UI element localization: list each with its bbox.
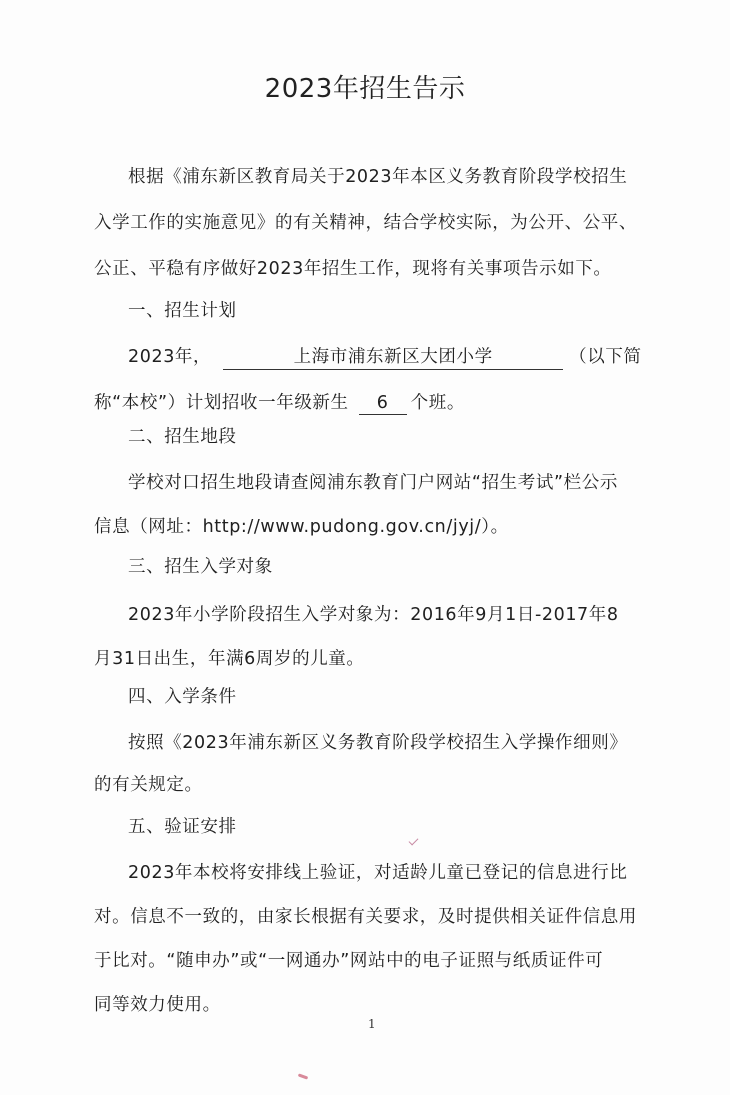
section2-line-1: 学校对口招生地段请查阅浦东教育门户网站“招生考试”栏公示 bbox=[128, 469, 618, 494]
section5-heading: 五、验证安排 bbox=[128, 813, 237, 838]
section2-heading: 二、招生地段 bbox=[128, 423, 237, 448]
section3-line-2: 月31日出生，年满6周岁的儿童。 bbox=[94, 645, 365, 670]
document-title: 2023年招生告示 bbox=[0, 68, 730, 105]
page-number: 1 bbox=[368, 1017, 376, 1031]
section5-line-4: 同等效力使用。 bbox=[94, 991, 221, 1016]
section3-heading: 三、招生入学对象 bbox=[128, 553, 273, 578]
section1-line-1: 2023年，上海市浦东新区大团小学（以下简 bbox=[128, 343, 642, 370]
section5-line-1: 2023年本校将安排线上验证，对适龄儿童已登记的信息进行比 bbox=[128, 859, 627, 884]
line2-prefix: 称“本校”）计划招收一年级新生 bbox=[94, 393, 349, 413]
school-name-field: 上海市浦东新区大团小学 bbox=[223, 343, 563, 370]
document-page: 2023年招生告示 根据《浦东新区教育局关于2023年本区义务教育阶段学校招生 … bbox=[0, 0, 730, 1095]
intro-line-1: 根据《浦东新区教育局关于2023年本区义务教育阶段学校招生 bbox=[128, 163, 627, 188]
section1-line-2: 称“本校”）计划招收一年级新生6个班。 bbox=[94, 389, 465, 415]
section5-line-3: 于比对。“随申办”或“一网通办”网站中的电子证照与纸质证件可 bbox=[94, 947, 603, 972]
intro-line-3: 公正、平稳有序做好2023年招生工作，现将有关事项告示如下。 bbox=[94, 255, 612, 280]
intro-line-2: 入学工作的实施意见》的有关精神，结合学校实际，为公开、公平、 bbox=[94, 209, 637, 234]
after-school-text: （以下简 bbox=[569, 347, 641, 367]
section1-heading: 一、招生计划 bbox=[128, 297, 237, 322]
line2-suffix: 个班。 bbox=[411, 393, 465, 413]
section3-line-1: 2023年小学阶段招生入学对象为：2016年9月1日-2017年8 bbox=[128, 601, 619, 626]
section4-line-2: 的有关规定。 bbox=[94, 771, 203, 796]
section4-heading: 四、入学条件 bbox=[128, 683, 237, 708]
ink-mark bbox=[298, 1073, 308, 1079]
year-prefix: 2023年， bbox=[128, 347, 211, 367]
section2-line-2: 信息（网址：http://www.pudong.gov.cn/jyj/）。 bbox=[94, 513, 509, 538]
section4-line-1: 按照《2023年浦东新区义务教育阶段学校招生入学操作细则》 bbox=[128, 729, 627, 754]
pen-check-mark bbox=[409, 836, 419, 846]
class-count-field: 6 bbox=[359, 393, 407, 415]
section5-line-2: 对。信息不一致的，由家长根据有关要求，及时提供相关证件信息用 bbox=[94, 903, 637, 928]
